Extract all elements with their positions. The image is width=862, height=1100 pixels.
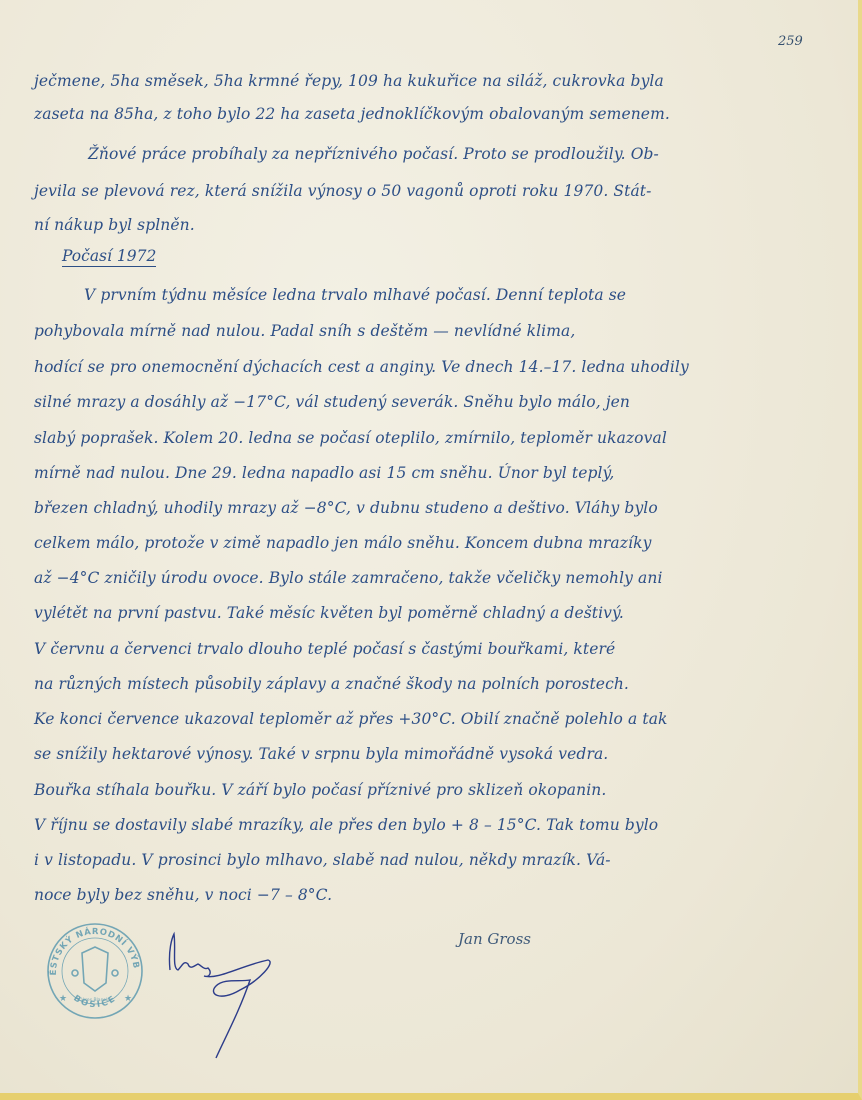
- text-line: celkem málo, protože v zimě napadlo jen …: [34, 534, 798, 552]
- stamp-inner-text: Okres Blansko: [79, 997, 111, 1003]
- text-line: vylétět na první pastvu. Také měsíc květ…: [34, 604, 798, 622]
- text-line: ní nákup byl splněn.: [34, 216, 798, 234]
- text-line: Ke konci července ukazoval teploměr až p…: [34, 710, 798, 728]
- signature-name: Jan Gross: [458, 930, 531, 948]
- text-line: silné mrazy a dosáhly až −17°C, vál stud…: [34, 393, 798, 411]
- text-line: březen chladný, uhodily mrazy až −8°C, v…: [34, 499, 798, 517]
- text-line: i v listopadu. V prosinci bylo mlhavo, s…: [34, 851, 798, 869]
- text-line: jevila se plevová rez, která snížila výn…: [34, 182, 798, 200]
- official-stamp: MĚSTSKÝ NÁRODNÍ VÝBOR BOSICE Okres Blans…: [42, 921, 148, 1021]
- signature-scribble: [160, 930, 280, 1060]
- text-line: V červnu a červenci trvalo dlouho teplé …: [34, 640, 798, 658]
- text-line: mírně nad nulou. Dne 29. ledna napadlo a…: [34, 464, 798, 482]
- coat-of-arms-icon: [82, 947, 108, 991]
- text-line: se snížily hektarové výnosy. Také v srpn…: [34, 745, 798, 763]
- text-line: hodící se pro onemocnění dýchacích cest …: [34, 358, 798, 376]
- text-line: slabý poprašek. Kolem 20. ledna se počas…: [34, 429, 798, 447]
- text-line: zaseta na 85ha, z toho bylo 22 ha zaseta…: [34, 105, 798, 123]
- text-line: V prvním týdnu měsíce ledna trvalo mlhav…: [84, 286, 798, 304]
- document-page: 259 ječmene, 5ha směsek, 5ha krmné řepy,…: [0, 0, 862, 1100]
- text-line: až −4°C zničily úrodu ovoce. Bylo stále …: [34, 569, 798, 587]
- text-line: ječmene, 5ha směsek, 5ha krmné řepy, 109…: [34, 72, 798, 90]
- text-line: pohybovala mírně nad nulou. Padal sníh s…: [34, 322, 798, 340]
- star-icon: ★: [59, 994, 67, 1004]
- text-line: V říjnu se dostavily slabé mrazíky, ale …: [34, 816, 798, 834]
- page-number: 259: [778, 34, 803, 49]
- star-icon: ★: [124, 994, 132, 1004]
- text-line: na různých místech působily záplavy a zn…: [34, 675, 798, 693]
- text-line: Žňové práce probíhaly za nepříznivého po…: [88, 145, 798, 163]
- text-line: Bouřka stíhala bouřku. V září bylo počas…: [34, 781, 798, 799]
- section-heading: Počasí 1972: [62, 247, 156, 267]
- text-line: noce byly bez sněhu, v noci −7 – 8°C.: [34, 886, 798, 904]
